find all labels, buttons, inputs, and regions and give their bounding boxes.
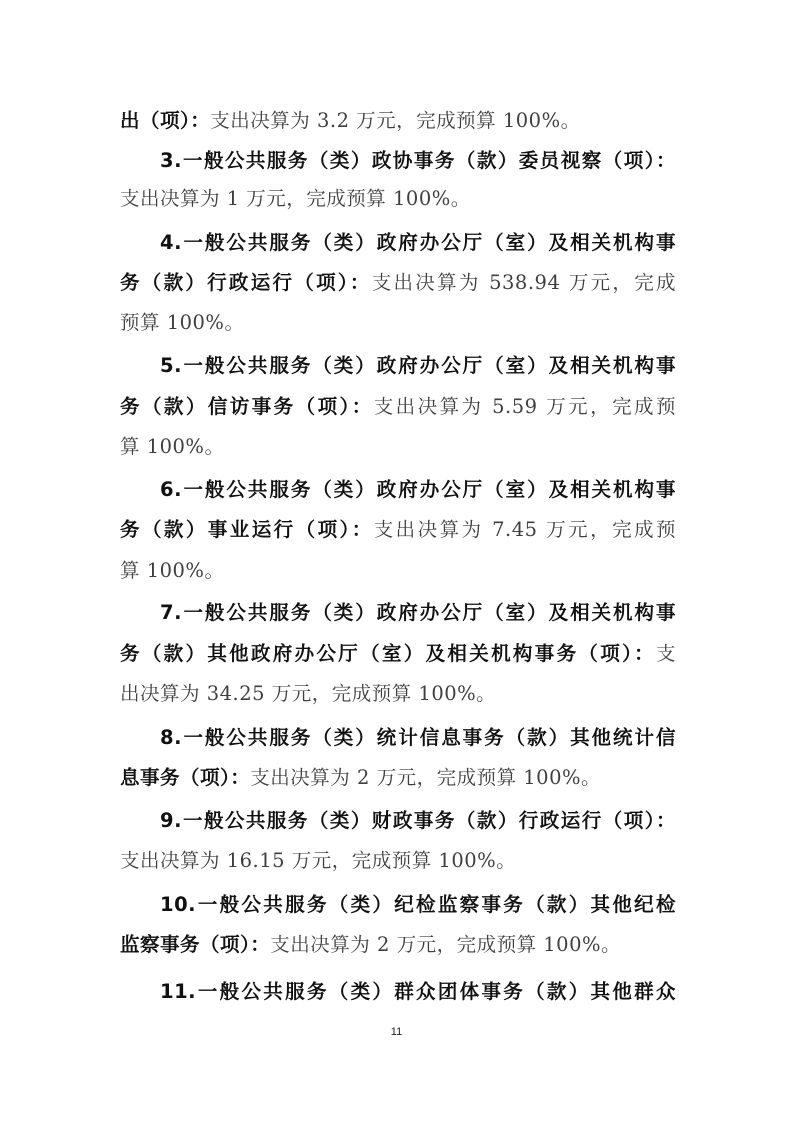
paragraph-line: 务（款）其他政府办公厅（室）及相关机构事务（项）：支 bbox=[120, 639, 676, 669]
item-body-text: 支 bbox=[656, 642, 676, 665]
item-heading-text: 5.一般公共服务（类）政府办公厅（室）及相关机构事 bbox=[160, 354, 676, 377]
item-body-text: 支出决算为 16.15 万元，完成预算 100%。 bbox=[120, 849, 516, 872]
item-body-text: 支出决算为 2 万元，完成预算 100%。 bbox=[270, 933, 621, 956]
paragraph-line: 7.一般公共服务（类）政府办公厅（室）及相关机构事 bbox=[160, 598, 676, 628]
item-body-text: 支出决算为 2 万元，完成预算 100%。 bbox=[250, 766, 601, 789]
item-heading-text: 务（款）事业运行（项）： bbox=[120, 518, 374, 541]
paragraph-line: 11.一般公共服务（类）群众团体事务（款）其他群众 bbox=[160, 977, 676, 1007]
item-heading-text: 务（款）信访事务（项）： bbox=[120, 395, 374, 418]
item-heading-text: 3.一般公共服务（类）政协事务（款）委员视察（项）： bbox=[160, 149, 676, 172]
paragraph-line: 务（款）信访事务（项）：支出决算为 5.59 万元，完成预 bbox=[120, 392, 676, 422]
paragraph-line: 出（项）：支出决算为 3.2 万元，完成预算 100%。 bbox=[120, 106, 676, 136]
paragraph-line: 支出决算为 1 万元，完成预算 100%。 bbox=[120, 184, 676, 214]
item-body-text: 支出决算为 1 万元，完成预算 100%。 bbox=[120, 187, 471, 210]
item-heading-text: 8.一般公共服务（类）统计信息事务（款）其他统计信 bbox=[160, 726, 676, 749]
paragraph-line: 务（款）行政运行（项）：支出决算为 538.94 万元，完成 bbox=[120, 268, 676, 298]
item-body-text: 支出决算为 7.45 万元，完成预 bbox=[374, 518, 676, 541]
paragraph-line: 息事务（项）：支出决算为 2 万元，完成预算 100%。 bbox=[120, 763, 676, 793]
item-body-text: 支出决算为 3.2 万元，完成预算 100%。 bbox=[210, 109, 580, 132]
item-body-text: 支出决算为 5.59 万元，完成预 bbox=[374, 395, 676, 418]
paragraph-line: 8.一般公共服务（类）统计信息事务（款）其他统计信 bbox=[160, 723, 676, 753]
paragraph-line: 5.一般公共服务（类）政府办公厅（室）及相关机构事 bbox=[160, 351, 676, 381]
paragraph-line: 算 100%。 bbox=[120, 432, 676, 462]
paragraph-line: 10.一般公共服务（类）纪检监察事务（款）其他纪检 bbox=[160, 890, 676, 920]
paragraph-line: 出决算为 34.25 万元，完成预算 100%。 bbox=[120, 679, 676, 709]
item-body-text: 出决算为 34.25 万元，完成预算 100%。 bbox=[120, 682, 496, 705]
item-heading-text: 出（项）： bbox=[120, 109, 210, 132]
item-body-text: 算 100%。 bbox=[120, 435, 224, 458]
paragraph-line: 预算 100%。 bbox=[120, 308, 676, 338]
item-heading-text: 监察事务（项）： bbox=[120, 933, 270, 956]
paragraph-line: 3.一般公共服务（类）政协事务（款）委员视察（项）： bbox=[160, 146, 676, 176]
item-heading-text: 11.一般公共服务（类）群众团体事务（款）其他群众 bbox=[160, 980, 676, 1003]
item-heading-text: 务（款）行政运行（项）： bbox=[120, 271, 372, 294]
item-heading-text: 7.一般公共服务（类）政府办公厅（室）及相关机构事 bbox=[160, 601, 676, 624]
paragraph-line: 务（款）事业运行（项）：支出决算为 7.45 万元，完成预 bbox=[120, 515, 676, 545]
paragraph-line: 监察事务（项）：支出决算为 2 万元，完成预算 100%。 bbox=[120, 930, 676, 960]
paragraph-line: 6.一般公共服务（类）政府办公厅（室）及相关机构事 bbox=[160, 475, 676, 505]
paragraph-line: 9.一般公共服务（类）财政事务（款）行政运行（项）： bbox=[160, 806, 676, 836]
item-heading-text: 息事务（项）： bbox=[120, 766, 250, 789]
paragraph-line: 算 100%。 bbox=[120, 556, 676, 586]
item-heading-text: 务（款）其他政府办公厅（室）及相关机构事务（项）： bbox=[120, 642, 656, 665]
item-body-text: 支出决算为 538.94 万元，完成 bbox=[372, 271, 676, 294]
document-page: 出（项）：支出决算为 3.2 万元，完成预算 100%。 3.一般公共服务（类）… bbox=[0, 0, 793, 1122]
item-heading-text: 10.一般公共服务（类）纪检监察事务（款）其他纪检 bbox=[160, 893, 676, 916]
item-heading-text: 4.一般公共服务（类）政府办公厅（室）及相关机构事 bbox=[160, 231, 676, 254]
page-number: 11 bbox=[0, 1026, 793, 1038]
item-heading-text: 9.一般公共服务（类）财政事务（款）行政运行（项）： bbox=[160, 809, 676, 832]
item-body-text: 预算 100%。 bbox=[120, 311, 244, 334]
paragraph-line: 支出决算为 16.15 万元，完成预算 100%。 bbox=[120, 846, 676, 876]
item-body-text: 算 100%。 bbox=[120, 559, 224, 582]
item-heading-text: 6.一般公共服务（类）政府办公厅（室）及相关机构事 bbox=[160, 478, 676, 501]
paragraph-line: 4.一般公共服务（类）政府办公厅（室）及相关机构事 bbox=[160, 228, 676, 258]
